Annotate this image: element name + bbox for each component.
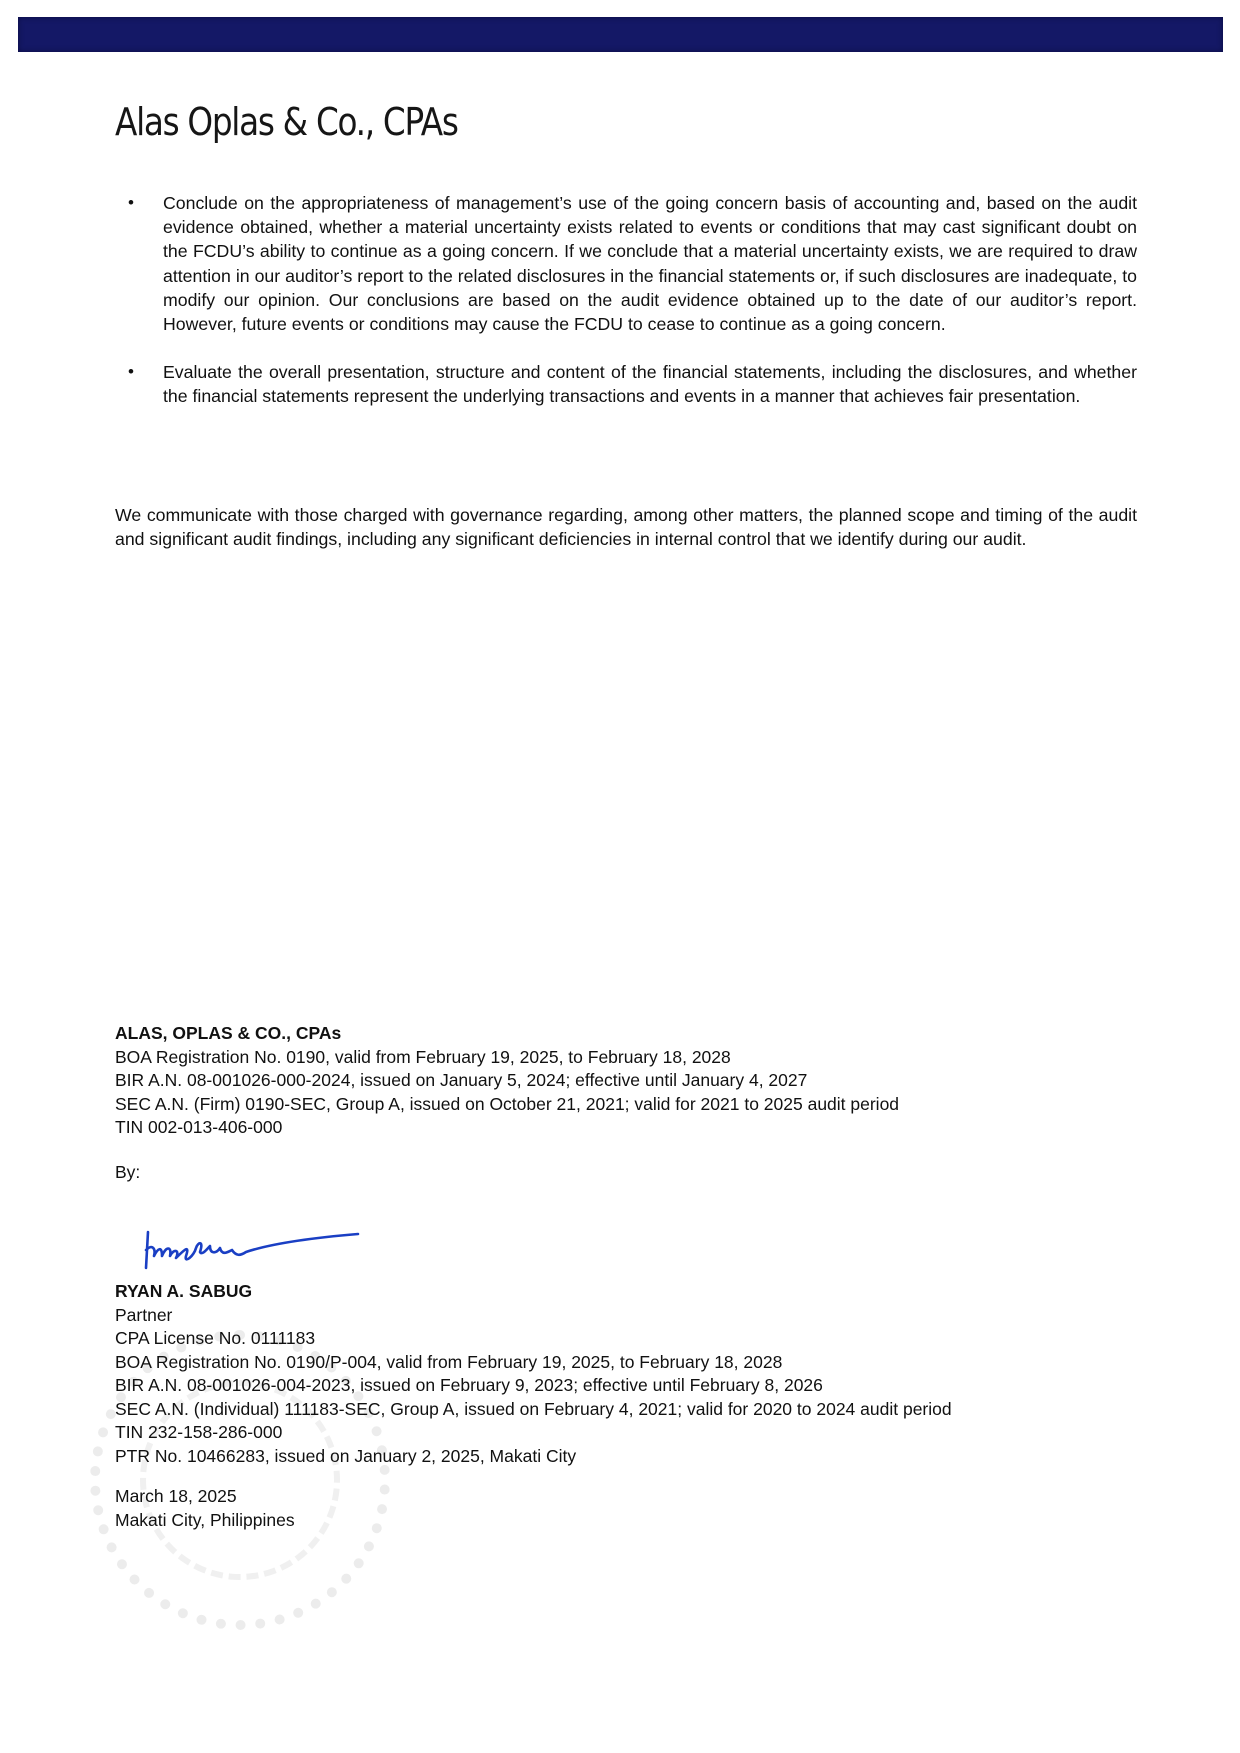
list-item: • Conclude on the appropriateness of man… bbox=[115, 191, 1137, 336]
partner-credentials-block: RYAN A. SABUG Partner CPA License No. 01… bbox=[115, 1280, 952, 1468]
partner-cpa-license: CPA License No. 0111183 bbox=[115, 1327, 952, 1351]
list-item-text: Evaluate the overall presentation, struc… bbox=[163, 362, 1137, 406]
partner-ptr: PTR No. 10466283, issued on January 2, 2… bbox=[115, 1445, 952, 1469]
firm-boa-registration: BOA Registration No. 0190, valid from Fe… bbox=[115, 1046, 899, 1070]
header-banner bbox=[18, 17, 1223, 52]
firm-bir-accreditation: BIR A.N. 08-001026-000-2024, issued on J… bbox=[115, 1069, 899, 1093]
partner-bir-accreditation: BIR A.N. 08-001026-004-2023, issued on F… bbox=[115, 1374, 952, 1398]
partner-sec-accreditation: SEC A.N. (Individual) 111183-SEC, Group … bbox=[115, 1398, 952, 1422]
firm-title: Alas Oplas & Co., CPAs bbox=[115, 100, 458, 144]
partner-tin: TIN 232-158-286-000 bbox=[115, 1421, 952, 1445]
bullet-dot-icon: • bbox=[128, 191, 134, 215]
firm-name: ALAS, OPLAS & CO., CPAs bbox=[115, 1022, 899, 1046]
partner-boa-registration: BOA Registration No. 0190/P-004, valid f… bbox=[115, 1351, 952, 1375]
firm-credentials-block: ALAS, OPLAS & CO., CPAs BOA Registration… bbox=[115, 1022, 899, 1140]
list-item: • Evaluate the overall presentation, str… bbox=[115, 360, 1137, 408]
by-label: By: bbox=[115, 1162, 140, 1183]
report-date: March 18, 2025 bbox=[115, 1485, 295, 1509]
firm-tin: TIN 002-013-406-000 bbox=[115, 1116, 899, 1140]
bullet-dot-icon: • bbox=[128, 360, 134, 384]
partner-title: Partner bbox=[115, 1304, 952, 1328]
list-item-text: Conclude on the appropriateness of manag… bbox=[163, 193, 1137, 334]
report-place: Makati City, Philippines bbox=[115, 1509, 295, 1533]
firm-sec-accreditation: SEC A.N. (Firm) 0190-SEC, Group A, issue… bbox=[115, 1093, 899, 1117]
partner-name: RYAN A. SABUG bbox=[115, 1280, 952, 1304]
signature-icon bbox=[140, 1222, 370, 1282]
report-date-block: March 18, 2025 Makati City, Philippines bbox=[115, 1485, 295, 1532]
audit-responsibilities-list: • Conclude on the appropriateness of man… bbox=[115, 191, 1137, 433]
governance-paragraph: We communicate with those charged with g… bbox=[115, 503, 1137, 551]
